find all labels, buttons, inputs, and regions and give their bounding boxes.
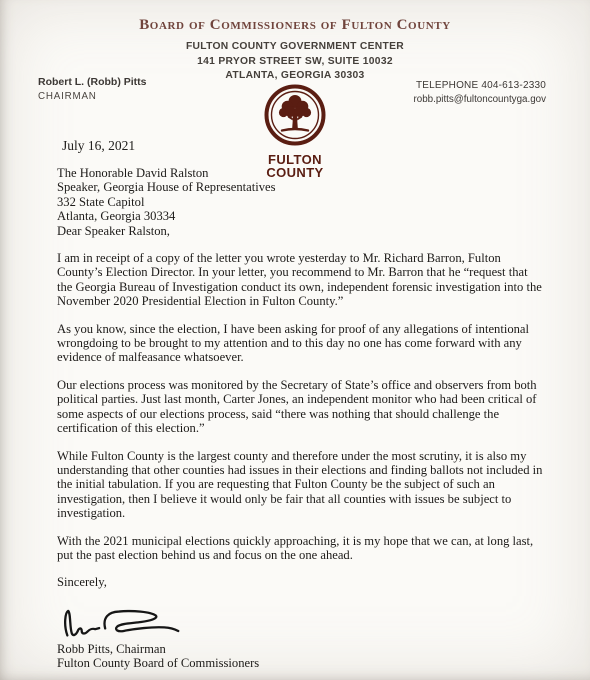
- paragraph-5: With the 2021 municipal elections quickl…: [57, 534, 544, 563]
- paragraph-3: Our elections process was monitored by t…: [57, 378, 544, 436]
- recipient-line-1: The Honorable David Ralston: [57, 166, 544, 180]
- letterhead-address-line-2: 141 PRYOR STREET SW, SUITE 10032: [0, 55, 590, 70]
- paragraph-4: While Fulton County is the largest count…: [57, 449, 544, 521]
- signer-organization: Fulton County Board of Commissioners: [57, 656, 544, 670]
- tree-seal-icon: [262, 135, 328, 152]
- letter-date: July 16, 2021: [62, 138, 135, 154]
- paragraph-1: I am in receipt of a copy of the letter …: [57, 251, 544, 309]
- telephone-number: TELEPHONE 404-613-2330: [414, 80, 547, 91]
- letter-page: Board of Commissioners of Fulton County …: [0, 0, 590, 680]
- letter-body: The Honorable David Ralston Speaker, Geo…: [57, 166, 544, 671]
- letterhead: Board of Commissioners of Fulton County …: [0, 17, 590, 84]
- contact-block: TELEPHONE 404-613-2330 robb.pitts@fulton…: [414, 80, 547, 105]
- recipient-line-4: Atlanta, Georgia 30334: [57, 209, 544, 223]
- chairman-name-block: Robert L. (Robb) Pitts CHAIRMAN: [38, 76, 147, 102]
- salutation: Dear Speaker Ralston,: [57, 224, 544, 238]
- email-address: robb.pitts@fultoncountyga.gov: [414, 94, 547, 105]
- paragraph-2: As you know, since the election, I have …: [57, 322, 544, 365]
- chairman-title: CHAIRMAN: [38, 91, 147, 102]
- recipient-line-3: 332 State Capitol: [57, 195, 544, 209]
- fulton-county-seal: FULTON COUNTY: [250, 84, 340, 179]
- org-title: Board of Commissioners of Fulton County: [0, 17, 590, 34]
- signer-name: Robb Pitts, Chairman: [57, 642, 544, 656]
- letterhead-address-line-1: FULTON COUNTY GOVERNMENT CENTER: [0, 40, 590, 55]
- handwritten-signature: [59, 601, 185, 642]
- recipient-line-2: Speaker, Georgia House of Representative…: [57, 180, 544, 194]
- chairman-name: Robert L. (Robb) Pitts: [38, 76, 147, 88]
- closing: Sincerely,: [57, 575, 544, 589]
- recipient-address: The Honorable David Ralston Speaker, Geo…: [57, 166, 544, 224]
